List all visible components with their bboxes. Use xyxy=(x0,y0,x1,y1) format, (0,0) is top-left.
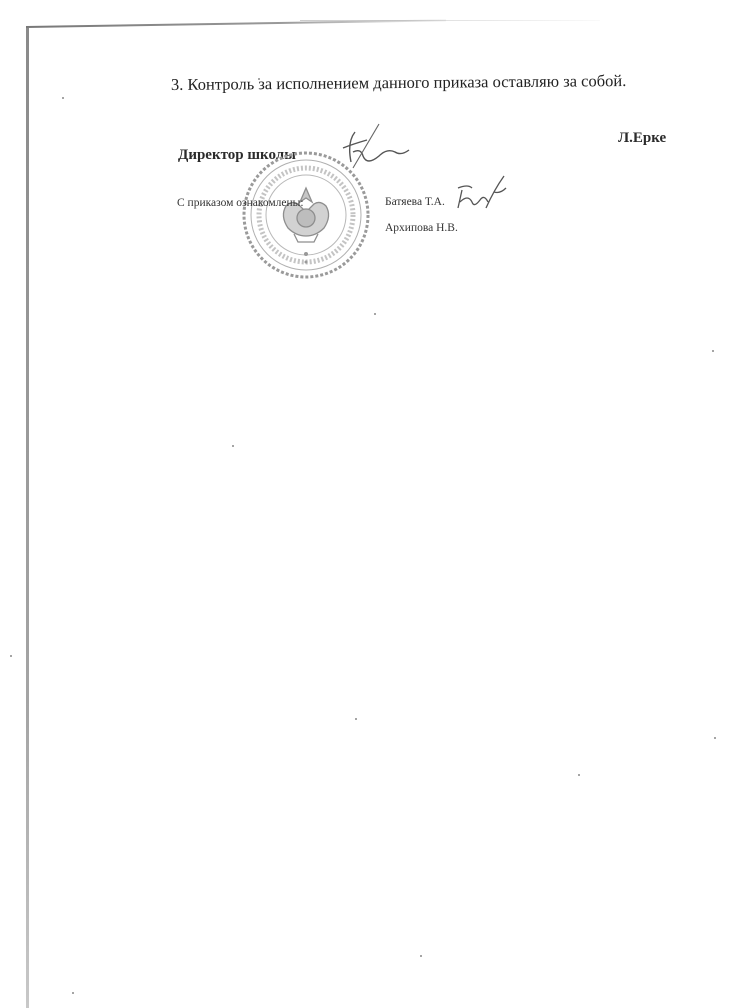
signer-name: Л.Ерке xyxy=(618,130,666,147)
clause-text: 3. Контроль за исполнением данного прика… xyxy=(171,71,626,95)
scan-speck xyxy=(355,718,357,720)
page-border-top-faint xyxy=(300,20,600,21)
scan-speck xyxy=(374,313,376,315)
scan-speck xyxy=(72,992,74,994)
scan-speck xyxy=(10,655,12,657)
scan-speck xyxy=(714,737,716,739)
scan-speck xyxy=(420,955,422,957)
acknowledger-name: Батяева Т.А. xyxy=(385,196,445,208)
acknowledger-name: Архипова Н.В. xyxy=(385,222,458,234)
scan-speck xyxy=(62,97,64,99)
director-signature-icon xyxy=(333,122,413,177)
person-signature-icon xyxy=(454,172,514,221)
acknowledgement-label: С приказом ознакомлены: xyxy=(177,197,304,209)
scan-speck xyxy=(712,350,714,352)
page-border-left xyxy=(26,28,29,1008)
scan-speck xyxy=(232,445,234,447)
scan-speck xyxy=(578,774,580,776)
